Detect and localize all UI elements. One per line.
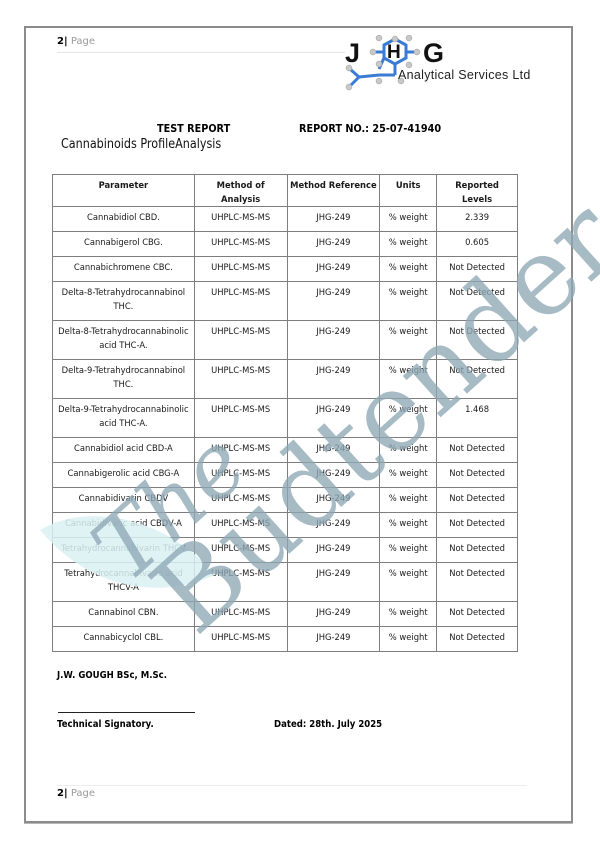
cell-parameter: Cannabinol CBN. bbox=[53, 602, 195, 627]
cell-reference: JHG-249 bbox=[287, 438, 380, 463]
cell-reference: JHG-249 bbox=[287, 563, 380, 602]
cell-reference: JHG-249 bbox=[287, 321, 380, 360]
cell-method: UHPLC-MS-MS bbox=[194, 438, 287, 463]
table-row: Cannabigerolic acid CBG-AUHPLC-MS-MSJHG-… bbox=[53, 463, 518, 488]
header-units: Units bbox=[380, 175, 437, 207]
cell-units: % weight bbox=[380, 282, 437, 321]
cell-units: % weight bbox=[380, 563, 437, 602]
cell-parameter: Cannabicyclol CBL. bbox=[53, 627, 195, 652]
cell-parameter: Cannabidivarin CBDV bbox=[53, 488, 195, 513]
cell-reference: JHG-249 bbox=[287, 488, 380, 513]
cell-units: % weight bbox=[380, 257, 437, 282]
jhg-logo: J H G Analytical Services Ltd bbox=[343, 35, 573, 91]
cell-units: % weight bbox=[380, 463, 437, 488]
table-row: Delta-8-Tetrahydrocannabinol THC.UHPLC-M… bbox=[53, 282, 518, 321]
cell-parameter: Delta-9-Tetrahydrocannabinol THC. bbox=[53, 360, 195, 399]
cell-level: Not Detected bbox=[437, 438, 518, 463]
cell-level: Not Detected bbox=[437, 257, 518, 282]
header-divider bbox=[57, 52, 345, 53]
cell-parameter: Cannabidivaric acid CBDV-A bbox=[53, 513, 195, 538]
cell-units: % weight bbox=[380, 627, 437, 652]
cell-method: UHPLC-MS-MS bbox=[194, 321, 287, 360]
cell-method: UHPLC-MS-MS bbox=[194, 207, 287, 232]
cell-method: UHPLC-MS-MS bbox=[194, 563, 287, 602]
cell-parameter: Delta-9-Tetrahydrocannabinolic acid THC-… bbox=[53, 399, 195, 438]
logo-letter-h: H bbox=[387, 43, 401, 62]
footer-page-num: 2| bbox=[57, 788, 68, 799]
cell-reference: JHG-249 bbox=[287, 360, 380, 399]
cell-level: Not Detected bbox=[437, 513, 518, 538]
cell-reference: JHG-249 bbox=[287, 399, 380, 438]
cell-reference: JHG-249 bbox=[287, 232, 380, 257]
table-row: Cannabinol CBN.UHPLC-MS-MSJHG-249% weigh… bbox=[53, 602, 518, 627]
table-row: Cannabidivaric acid CBDV-AUHPLC-MS-MSJHG… bbox=[53, 513, 518, 538]
report-date: Dated: 28th. July 2025 bbox=[274, 719, 382, 730]
cell-level: 0.605 bbox=[437, 232, 518, 257]
signatory-role: Technical Signatory. bbox=[57, 719, 154, 730]
cell-parameter: Cannabidiol acid CBD-A bbox=[53, 438, 195, 463]
logo-letter-g: G bbox=[423, 40, 444, 67]
table-row: Delta-9-Tetrahydrocannabinolic acid THC-… bbox=[53, 399, 518, 438]
header-page-num: 2| bbox=[57, 36, 68, 47]
cell-level: Not Detected bbox=[437, 602, 518, 627]
cell-parameter: Cannabichromene CBC. bbox=[53, 257, 195, 282]
cell-reference: JHG-249 bbox=[287, 257, 380, 282]
cell-level: Not Detected bbox=[437, 360, 518, 399]
cell-reference: JHG-249 bbox=[287, 207, 380, 232]
footer-divider bbox=[57, 785, 527, 786]
cell-parameter: Tetrahydrocannabivarin THCV bbox=[53, 538, 195, 563]
header-page-label: Page bbox=[71, 36, 95, 47]
cell-level: Not Detected bbox=[437, 627, 518, 652]
header-method: Method of Analysis bbox=[194, 175, 287, 207]
cell-reference: JHG-249 bbox=[287, 538, 380, 563]
cell-units: % weight bbox=[380, 207, 437, 232]
table-row: Cannabidiol acid CBD-AUHPLC-MS-MSJHG-249… bbox=[53, 438, 518, 463]
cell-parameter: Cannabigerol CBG. bbox=[53, 232, 195, 257]
cell-level: 2.339 bbox=[437, 207, 518, 232]
cell-method: UHPLC-MS-MS bbox=[194, 602, 287, 627]
cell-level: Not Detected bbox=[437, 538, 518, 563]
table-row: Delta-9-Tetrahydrocannabinol THC.UHPLC-M… bbox=[53, 360, 518, 399]
cell-level: 1.468 bbox=[437, 399, 518, 438]
cell-method: UHPLC-MS-MS bbox=[194, 360, 287, 399]
table-row: Delta-8-Tetrahydrocannabinolic acid THC-… bbox=[53, 321, 518, 360]
table-row: Tetrahydrocannabivarin THCVUHPLC-MS-MSJH… bbox=[53, 538, 518, 563]
footer-page-number: 2| Page bbox=[57, 788, 95, 799]
header-page-number: 2| Page bbox=[57, 36, 95, 47]
cell-units: % weight bbox=[380, 602, 437, 627]
header-level: Reported Levels bbox=[437, 175, 518, 207]
cell-method: UHPLC-MS-MS bbox=[194, 257, 287, 282]
cell-level: Not Detected bbox=[437, 282, 518, 321]
header-reference: Method Reference bbox=[287, 175, 380, 207]
cell-method: UHPLC-MS-MS bbox=[194, 282, 287, 321]
cell-method: UHPLC-MS-MS bbox=[194, 488, 287, 513]
report-subtitle: Cannabinoids ProfileAnalysis bbox=[61, 137, 221, 152]
table-row: Cannabidivarin CBDVUHPLC-MS-MSJHG-249% w… bbox=[53, 488, 518, 513]
cell-reference: JHG-249 bbox=[287, 627, 380, 652]
cell-parameter: Cannabidiol CBD. bbox=[53, 207, 195, 232]
cell-level: Not Detected bbox=[437, 463, 518, 488]
footer-page-label: Page bbox=[71, 788, 95, 799]
logo-letter-j: J bbox=[345, 40, 360, 67]
cell-units: % weight bbox=[380, 321, 437, 360]
cell-method: UHPLC-MS-MS bbox=[194, 399, 287, 438]
signatory-name: J.W. GOUGH BSc, M.Sc. bbox=[57, 670, 167, 681]
table-row: Cannabicyclol CBL.UHPLC-MS-MSJHG-249% we… bbox=[53, 627, 518, 652]
cell-units: % weight bbox=[380, 538, 437, 563]
signature-line bbox=[58, 712, 195, 713]
cell-parameter: Delta-8-Tetrahydrocannabinol THC. bbox=[53, 282, 195, 321]
cell-method: UHPLC-MS-MS bbox=[194, 538, 287, 563]
cell-level: Not Detected bbox=[437, 563, 518, 602]
cell-method: UHPLC-MS-MS bbox=[194, 627, 287, 652]
cell-parameter: Delta-8-Tetrahydrocannabinolic acid THC-… bbox=[53, 321, 195, 360]
cell-units: % weight bbox=[380, 513, 437, 538]
results-table: Parameter Method of Analysis Method Refe… bbox=[52, 174, 518, 652]
cell-level: Not Detected bbox=[437, 488, 518, 513]
cell-level: Not Detected bbox=[437, 321, 518, 360]
cell-parameter: Tetrahydrocannabivaric acid THCV-A bbox=[53, 563, 195, 602]
cell-parameter: Cannabigerolic acid CBG-A bbox=[53, 463, 195, 488]
table-header-row: Parameter Method of Analysis Method Refe… bbox=[53, 175, 518, 207]
logo-tagline: Analytical Services Ltd bbox=[398, 68, 531, 82]
cell-method: UHPLC-MS-MS bbox=[194, 513, 287, 538]
table-row: Cannabidiol CBD.UHPLC-MS-MSJHG-249% weig… bbox=[53, 207, 518, 232]
table-row: Tetrahydrocannabivaric acid THCV-AUHPLC-… bbox=[53, 563, 518, 602]
cell-method: UHPLC-MS-MS bbox=[194, 232, 287, 257]
table-row: Cannabigerol CBG.UHPLC-MS-MSJHG-249% wei… bbox=[53, 232, 518, 257]
cell-units: % weight bbox=[380, 360, 437, 399]
report-title: TEST REPORT bbox=[157, 122, 230, 135]
cell-units: % weight bbox=[380, 399, 437, 438]
cell-method: UHPLC-MS-MS bbox=[194, 463, 287, 488]
cell-reference: JHG-249 bbox=[287, 282, 380, 321]
cell-reference: JHG-249 bbox=[287, 602, 380, 627]
cell-reference: JHG-249 bbox=[287, 463, 380, 488]
report-number: REPORT NO.: 25-07-41940 bbox=[299, 122, 441, 135]
table-row: Cannabichromene CBC.UHPLC-MS-MSJHG-249% … bbox=[53, 257, 518, 282]
header-parameter: Parameter bbox=[53, 175, 195, 207]
cell-reference: JHG-249 bbox=[287, 513, 380, 538]
cell-units: % weight bbox=[380, 232, 437, 257]
cell-units: % weight bbox=[380, 488, 437, 513]
molecule-icon bbox=[343, 35, 463, 91]
cell-units: % weight bbox=[380, 438, 437, 463]
